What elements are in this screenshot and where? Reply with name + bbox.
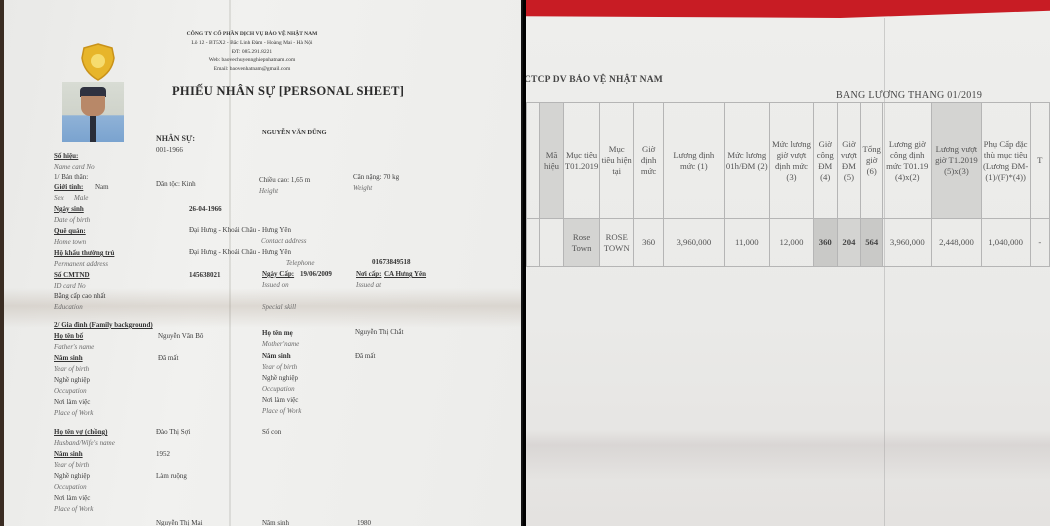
weight-en: Weight	[353, 184, 372, 193]
col-header: Mục tiêu hiện tại	[600, 103, 634, 219]
table-cell	[527, 219, 540, 267]
card-no-label: Số hiệu:	[54, 152, 78, 161]
table-cell: 360	[813, 219, 837, 267]
paper-fold-horizontal	[526, 430, 1050, 480]
father-yob-label: Năm sinh	[54, 354, 83, 363]
father-workplace-label: Nơi làm việc	[54, 398, 90, 407]
mother-yob-en: Year of birth	[262, 363, 297, 372]
issued-at-en: Issued at	[356, 281, 381, 290]
child-name-partial: Nguyễn Thị Mai	[156, 519, 203, 526]
col-header: Mục tiêu T01.2019	[563, 103, 600, 219]
id-card-value: 145638021	[189, 271, 221, 280]
dob-en: Date of birth	[54, 216, 90, 225]
company-header: CÔNG TY CỔ PHẦN DỊCH VỤ BẢO VỆ NHẬT NAM …	[152, 30, 352, 74]
col-header: Phụ Cấp đặc thù mục tiêu (Lương ĐM-(1)/(…	[981, 103, 1030, 219]
sex-en: Sex	[54, 194, 64, 203]
hometown-value: Đại Hưng - Khoái Châu - Hưng Yên	[189, 226, 291, 235]
id-card-label: Số CMTND	[54, 271, 90, 280]
spouse-workplace-label: Nơi làm việc	[54, 494, 90, 503]
table-cell: 11,000	[724, 219, 770, 267]
spouse-yob-label: Năm sinh	[54, 450, 83, 459]
mother-occupation-label: Nghề nghiệp	[262, 374, 298, 383]
father-value: Nguyễn Văn Bô	[158, 332, 203, 341]
guard-photo	[62, 82, 124, 142]
salary-sheet-photo: CTCP DV BẢO VỆ NHẬT NAM BANG LƯƠNG THANG…	[526, 0, 1050, 526]
permanent-address-value: Đại Hưng - Khoái Châu - Hưng Yên	[189, 248, 291, 257]
father-en: Father's name	[54, 343, 94, 352]
father-label: Họ tên bố	[54, 332, 83, 341]
mother-label: Họ tên mẹ	[262, 329, 293, 338]
nhan-su-label: NHÂN SỰ:	[156, 134, 195, 143]
id-card-en: ID card No	[54, 282, 86, 291]
col-header: Giờ vượt ĐM (5)	[837, 103, 861, 219]
sex-en-value: Male	[74, 194, 88, 203]
col-header: Mã hiệu	[540, 103, 564, 219]
child-yob-label-partial: Năm sinh	[262, 519, 289, 526]
special-skill-en: Special skill	[262, 303, 296, 312]
table-cell: 360	[634, 219, 664, 267]
col-header	[527, 103, 540, 219]
table-cell: 3,960,000	[883, 219, 932, 267]
children-label: Số con	[262, 428, 281, 437]
col-header: Tổng giờ (6)	[861, 103, 883, 219]
issued-on-en: Issued on	[262, 281, 289, 290]
sheet-title: PHIẾU NHÂN SỰ [PERSONAL SHEET]	[172, 84, 404, 99]
spouse-occupation-label: Nghề nghiệp	[54, 472, 90, 481]
father-workplace-en: Place of Work	[54, 409, 93, 418]
table-row: Rose Town ROSE TOWN 360 3,960,000 11,000…	[527, 219, 1050, 267]
mother-yob-value: Đã mất	[355, 352, 375, 361]
col-header: Lương định mức (1)	[664, 103, 724, 219]
permanent-address-en: Permanent address	[54, 260, 108, 269]
child-yob-partial: 1980	[357, 519, 371, 526]
table-cell: 1,040,000	[981, 219, 1030, 267]
hometown-en: Home town	[54, 238, 86, 247]
red-background	[526, 0, 1050, 18]
height: Chiều cao: 1,65 m	[259, 176, 310, 185]
spouse-workplace-en: Place of Work	[54, 505, 93, 514]
company-email: Email: baovenhatnam@gmail.com	[152, 65, 352, 74]
personal-sheet-photo: CÔNG TY CỔ PHẦN DỊCH VỤ BẢO VỆ NHẬT NAM …	[0, 0, 523, 526]
mother-workplace-label: Nơi làm việc	[262, 396, 298, 405]
family-section: 2/ Gia đình (Family background)	[54, 321, 153, 330]
col-header: Lương giờ công định mức T01.19 (4)x(2)	[883, 103, 932, 219]
col-header: Mức lương giờ vượt định mức (3)	[770, 103, 814, 219]
section-self: 1/ Bản thân:	[54, 173, 88, 182]
table-cell: 564	[861, 219, 883, 267]
education-en: Education	[54, 303, 83, 312]
table-header-row: Mã hiệu Mục tiêu T01.2019 Mục tiêu hiện …	[527, 103, 1050, 219]
table-cell: 204	[837, 219, 861, 267]
col-header: Mức lương 01h/ĐM (2)	[724, 103, 770, 219]
table-cell: 3,960,000	[664, 219, 724, 267]
paper-fold	[229, 0, 231, 526]
card-no-en: Name card No	[54, 163, 95, 172]
company-name: CTCP DV BẢO VỆ NHẬT NAM	[526, 75, 663, 85]
col-header: Giờ định mức	[634, 103, 664, 219]
mother-occupation-en: Occupation	[262, 385, 295, 394]
permanent-address-label: Hộ khẩu thường trú	[54, 249, 114, 258]
mother-en: Mother'name	[262, 340, 299, 349]
father-yob-value: Đã mất	[158, 354, 178, 363]
table-cell: ROSE TOWN	[600, 219, 634, 267]
employee-code: 001-1966	[156, 146, 183, 155]
spouse-value: Đào Thị Sợi	[156, 428, 190, 437]
weight: Cân nặng: 70 kg	[353, 173, 399, 182]
dob-label: Ngày sinh	[54, 205, 84, 214]
table-cell: 12,000	[770, 219, 814, 267]
company-name: CÔNG TY CỔ PHẦN DỊCH VỤ BẢO VỆ NHẬT NAM	[152, 30, 352, 39]
spouse-occupation-en: Occupation	[54, 483, 87, 492]
spouse-en: Husband/Wife's name	[54, 439, 115, 448]
spouse-occupation-value: Làm ruộng	[156, 472, 187, 481]
ethnicity: Dân tộc: Kinh	[156, 180, 196, 189]
security-badge-icon	[78, 42, 118, 82]
contact-address-en: Contact address	[261, 237, 306, 246]
hometown-label: Quê quán:	[54, 227, 86, 236]
company-web: Web: baovechuyennghiepnhatnam.com	[152, 56, 352, 65]
height-en: Height	[259, 187, 278, 196]
spouse-label: Họ tên vợ (chồng)	[54, 428, 107, 437]
spouse-yob-en: Year of birth	[54, 461, 89, 470]
salary-title: BANG LƯƠNG THANG 01/2019	[836, 90, 982, 101]
telephone-en: Telephone	[286, 259, 315, 268]
education-label: Bằng cấp cao nhất	[54, 292, 106, 301]
issued-at-label: Nơi cấp:	[356, 270, 381, 279]
company-phone: ĐT: 085.291.8221	[152, 48, 352, 57]
table-cell: -	[1030, 219, 1049, 267]
mother-workplace-en: Place of Work	[262, 407, 301, 416]
spouse-yob-value: 1952	[156, 450, 170, 459]
company-address: Lô 12 - BT5X2 - Bắc Linh Đàm - Hoàng Mai…	[152, 39, 352, 48]
col-header: Giờ công ĐM (4)	[813, 103, 837, 219]
employee-name: NGUYỄN VĂN DŨNG	[262, 128, 327, 137]
sex-value: Nam	[95, 183, 109, 192]
issued-on-value: 19/06/2009	[300, 270, 332, 279]
col-header: Lương vượt giờ T1.2019 (5)x(3)	[932, 103, 981, 219]
issued-on-label: Ngày Cấp:	[262, 270, 294, 279]
table-cell: 2,448,000	[932, 219, 981, 267]
dob-value: 26-04-1966	[189, 205, 222, 214]
table-cell	[540, 219, 564, 267]
salary-table: Mã hiệu Mục tiêu T01.2019 Mục tiêu hiện …	[526, 102, 1050, 267]
table-cell: Rose Town	[563, 219, 600, 267]
mother-yob-label: Năm sinh	[262, 352, 291, 361]
father-occupation-label: Nghề nghiệp	[54, 376, 90, 385]
telephone-value: 01673849518	[372, 258, 411, 267]
mother-value: Nguyễn Thị Chắt	[355, 328, 403, 337]
col-header: T	[1030, 103, 1049, 219]
sex-label: Giới tính:	[54, 183, 83, 192]
father-occupation-en: Occupation	[54, 387, 87, 396]
father-yob-en: Year of birth	[54, 365, 89, 374]
issued-at-value: CA Hưng Yên	[384, 270, 426, 279]
